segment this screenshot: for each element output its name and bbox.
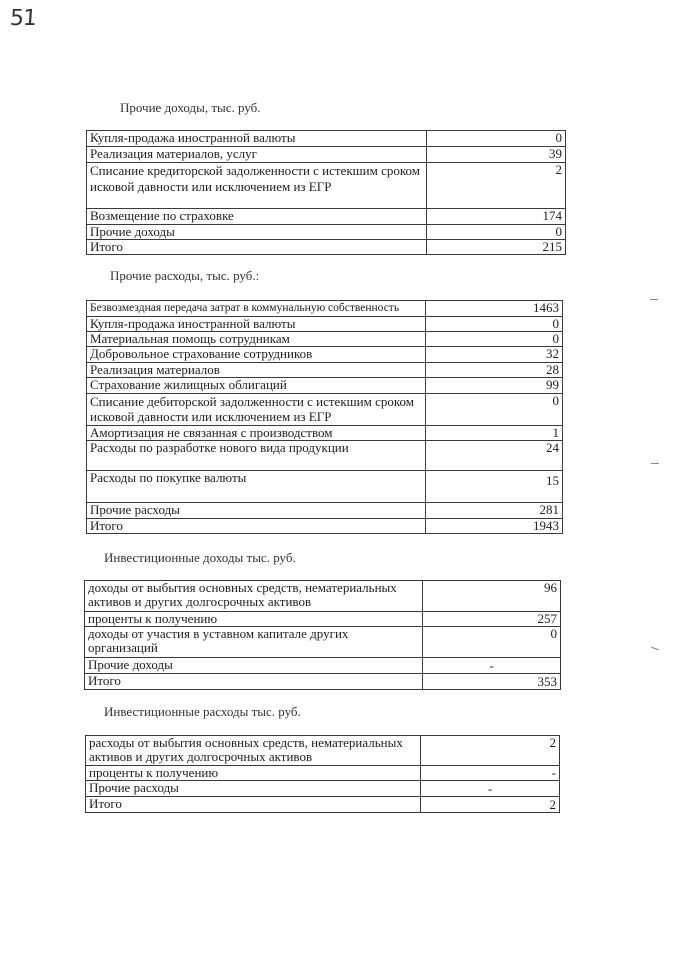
row-label: Возмещение по страховке bbox=[87, 209, 427, 225]
row-value: 24 bbox=[426, 441, 563, 471]
scan-mark bbox=[651, 647, 659, 651]
row-value: 15 bbox=[426, 471, 563, 503]
row-label: Добровольное страхование сотрудников bbox=[87, 347, 426, 363]
row-label: Реализация материалов bbox=[87, 363, 426, 378]
row-value: 174 bbox=[427, 209, 566, 225]
table-row: Страхование жилищных облигаций 99 bbox=[87, 378, 563, 394]
row-label: Списание дебиторской задолженности с ист… bbox=[87, 394, 426, 426]
row-value: 0 bbox=[426, 332, 563, 347]
row-label: Итого bbox=[86, 797, 421, 813]
table-row: Списание дебиторской задолженности с ист… bbox=[87, 394, 563, 426]
table-row-total: Итого 353 bbox=[85, 674, 561, 690]
table-row: Купля-продажа иностранной валюты 0 bbox=[87, 317, 563, 332]
row-value: 28 bbox=[426, 363, 563, 378]
table-row: Реализация материалов, услуг 39 bbox=[87, 147, 566, 163]
row-value: 39 bbox=[427, 147, 566, 163]
row-value: 353 bbox=[423, 674, 561, 690]
row-label: проценты к получению bbox=[85, 612, 423, 627]
row-label: Расходы по разработке нового вида продук… bbox=[87, 441, 426, 471]
row-label: Амортизация не связанная с производством bbox=[87, 426, 426, 441]
row-value: 0 bbox=[427, 131, 566, 147]
scan-mark bbox=[650, 299, 658, 300]
table-row: Купля-продажа иностранной валюты 0 bbox=[87, 131, 566, 147]
table-row-total: Итого 1943 bbox=[87, 519, 563, 534]
row-label: Прочие расходы bbox=[87, 503, 426, 519]
row-value: 2 bbox=[427, 163, 566, 209]
table-row: проценты к получению 257 bbox=[85, 612, 561, 627]
row-label: расходы от выбытия основных средств, нем… bbox=[86, 736, 421, 766]
row-label: Прочие расходы bbox=[86, 781, 421, 797]
row-value: 99 bbox=[426, 378, 563, 394]
row-label: доходы от выбытия основных средств, нема… bbox=[85, 581, 423, 612]
table-other-income: Купля-продажа иностранной валюты 0 Реали… bbox=[86, 130, 566, 255]
row-value: - bbox=[421, 781, 560, 797]
scan-mark bbox=[651, 463, 659, 464]
table-row-total: Итого 2 bbox=[86, 797, 560, 813]
section-caption-investment-expenses: Инвестиционные расходы тыс. руб. bbox=[104, 704, 301, 720]
row-value: 2 bbox=[421, 797, 560, 813]
row-label: доходы от участия в уставном капитале др… bbox=[85, 627, 423, 658]
table-row: Безвозмездная передача затрат в коммунал… bbox=[87, 301, 563, 317]
table-row: Списание кредиторской задолженности с ис… bbox=[87, 163, 566, 209]
section-caption-other-expenses: Прочие расходы, тыс. руб.: bbox=[110, 268, 259, 284]
table-row: Реализация материалов 28 bbox=[87, 363, 563, 378]
row-label: Расходы по покупке валюты bbox=[87, 471, 426, 503]
table-row: Добровольное страхование сотрудников 32 bbox=[87, 347, 563, 363]
table-row: Прочие доходы - bbox=[85, 658, 561, 674]
table-investment-income: доходы от выбытия основных средств, нема… bbox=[84, 580, 561, 690]
table-other-expenses: Безвозмездная передача затрат в коммунал… bbox=[86, 300, 563, 534]
section-caption-investment-income: Инвестиционные доходы тыс. руб. bbox=[104, 550, 296, 566]
row-value: 1 bbox=[426, 426, 563, 441]
row-label: Безвозмездная передача затрат в коммунал… bbox=[87, 301, 426, 317]
row-label: Прочие доходы bbox=[85, 658, 423, 674]
row-value: 32 bbox=[426, 347, 563, 363]
row-value: 281 bbox=[426, 503, 563, 519]
row-label: Купля-продажа иностранной валюты bbox=[87, 131, 427, 147]
row-value: 1463 bbox=[426, 301, 563, 317]
row-label: Страхование жилищных облигаций bbox=[87, 378, 426, 394]
row-value: 1943 bbox=[426, 519, 563, 534]
row-label: Реализация материалов, услуг bbox=[87, 147, 427, 163]
table-row-total: Итого 215 bbox=[87, 240, 566, 255]
table-row: Амортизация не связанная с производством… bbox=[87, 426, 563, 441]
row-value: - bbox=[423, 658, 561, 674]
row-label: Итого bbox=[85, 674, 423, 690]
table-row: Возмещение по страховке 174 bbox=[87, 209, 566, 225]
row-value: 0 bbox=[423, 627, 561, 658]
row-label: Материальная помощь сотрудникам bbox=[87, 332, 426, 347]
row-value: 96 bbox=[423, 581, 561, 612]
table-row: Прочие расходы 281 bbox=[87, 503, 563, 519]
table-row: Прочие доходы 0 bbox=[87, 225, 566, 240]
row-label: Итого bbox=[87, 240, 427, 255]
row-value: 0 bbox=[427, 225, 566, 240]
row-value: 257 bbox=[423, 612, 561, 627]
row-label: Списание кредиторской задолженности с ис… bbox=[87, 163, 427, 209]
table-row: доходы от выбытия основных средств, нема… bbox=[85, 581, 561, 612]
page-number: 51 bbox=[9, 6, 37, 31]
table-row: расходы от выбытия основных средств, нем… bbox=[86, 736, 560, 766]
table-row: Расходы по покупке валюты 15 bbox=[87, 471, 563, 503]
row-value: 0 bbox=[426, 394, 563, 426]
table-row: доходы от участия в уставном капитале др… bbox=[85, 627, 561, 658]
row-value: 0 bbox=[426, 317, 563, 332]
row-label: Прочие доходы bbox=[87, 225, 427, 240]
row-value: 215 bbox=[427, 240, 566, 255]
table-row: Прочие расходы - bbox=[86, 781, 560, 797]
table-investment-expenses: расходы от выбытия основных средств, нем… bbox=[85, 735, 560, 813]
row-label: Итого bbox=[87, 519, 426, 534]
section-caption-other-income: Прочие доходы, тыс. руб. bbox=[120, 100, 261, 116]
row-value: 2 bbox=[421, 736, 560, 766]
row-label: проценты к получению bbox=[86, 766, 421, 781]
row-value: - bbox=[421, 766, 560, 781]
row-label: Купля-продажа иностранной валюты bbox=[87, 317, 426, 332]
table-row: проценты к получению - bbox=[86, 766, 560, 781]
table-row: Расходы по разработке нового вида продук… bbox=[87, 441, 563, 471]
table-row: Материальная помощь сотрудникам 0 bbox=[87, 332, 563, 347]
